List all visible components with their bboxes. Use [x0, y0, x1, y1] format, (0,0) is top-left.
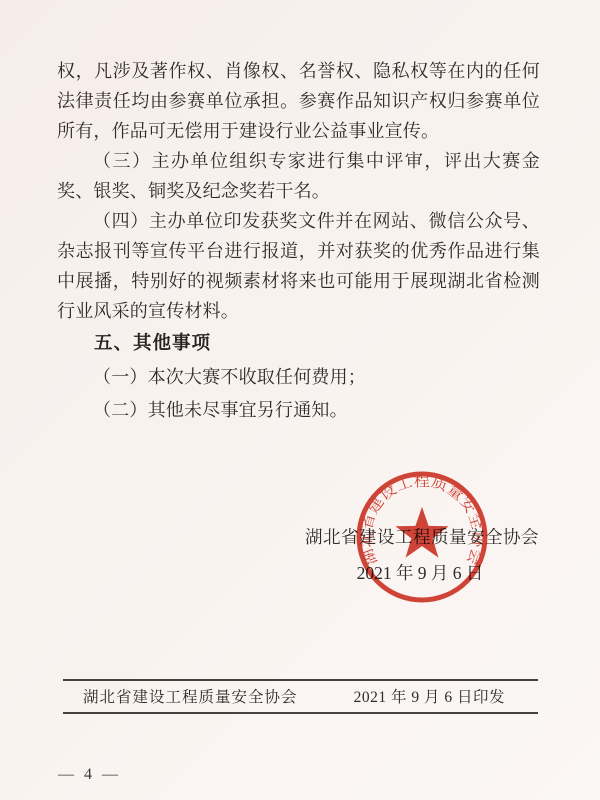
footer-issue-date: 2021 年 9 月 6 日印发: [354, 687, 505, 708]
paragraph-continuation: 权，凡涉及著作权、肖像权、名誉权、隐私权等在内的任何法律责任均由参赛单位承担。参…: [57, 56, 540, 146]
footer-organization: 湖北省建设工程质量安全协会: [83, 687, 298, 708]
section-heading: 五、其他事项: [57, 329, 540, 359]
paragraph-item-1: （一）本次大赛不收取任何费用；: [57, 362, 540, 392]
paragraph-item-4: （四）主办单位印发获奖文件并在网站、微信公众号、杂志报刊等宣传平台进行报道，并对…: [57, 206, 540, 326]
document-body: 权，凡涉及著作权、肖像权、名誉权、隐私权等在内的任何法律责任均由参赛单位承担。参…: [57, 56, 540, 425]
official-seal: 湖北省建设工程质量安全协会: [352, 467, 492, 607]
document-page: 权，凡涉及著作权、肖像权、名誉权、隐私权等在内的任何法律责任均由参赛单位承担。参…: [0, 0, 600, 800]
footer-rule-top: [63, 679, 538, 681]
footer: 湖北省建设工程质量安全协会 2021 年 9 月 6 日印发: [63, 687, 538, 708]
page-number: — 4 —: [58, 766, 121, 784]
star-icon: [395, 507, 448, 558]
footer-rule-bottom: [63, 712, 538, 714]
paragraph-item-3: （三）主办单位组织专家进行集中评审，评出大赛金奖、银奖、铜奖及纪念奖若干名。: [57, 146, 540, 206]
paragraph-item-2: （二）其他未尽事宜另行通知。: [57, 395, 540, 425]
